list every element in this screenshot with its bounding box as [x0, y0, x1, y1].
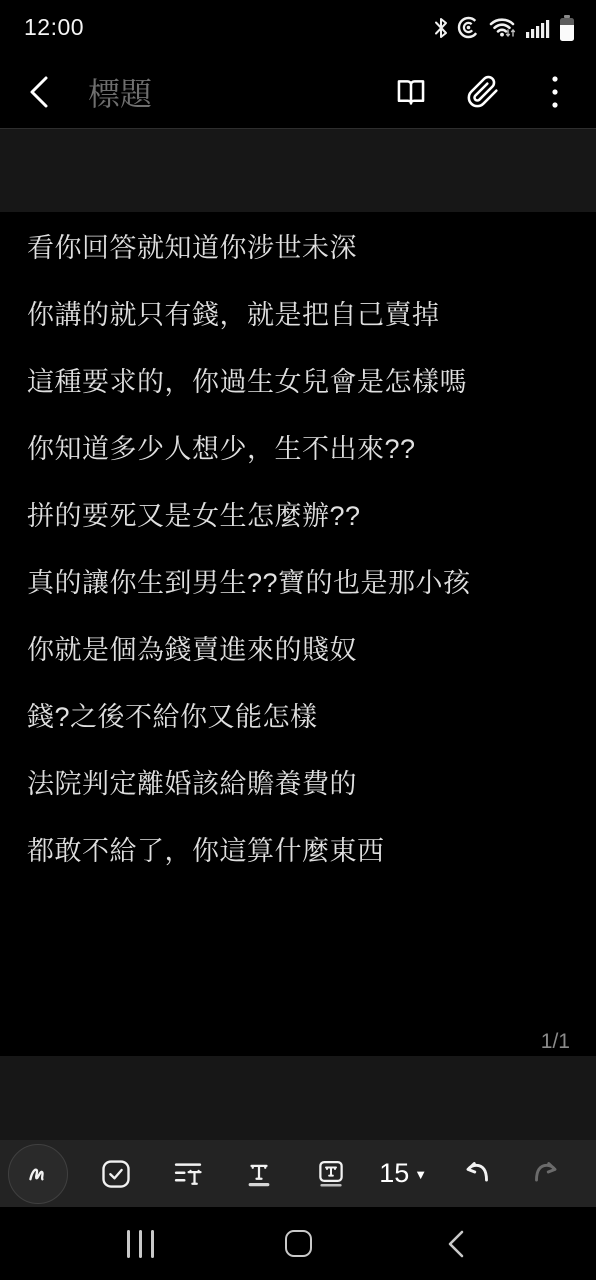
note-text-line[interactable]: 看你回答就知道你涉世未深 — [0, 212, 596, 279]
open-book-icon — [393, 75, 429, 109]
paperclip-icon — [466, 75, 500, 109]
note-title-field[interactable]: 標題 — [88, 69, 388, 115]
note-text-line[interactable]: 你講的就只有錢，就是把自己賣掉 — [0, 279, 596, 346]
clock: 12:00 — [24, 14, 84, 41]
workspace-margin-bottom — [0, 1056, 596, 1140]
reader-mode-button[interactable] — [388, 69, 434, 115]
caret-down-icon: ▼ — [414, 1167, 427, 1182]
note-text-line[interactable]: 拼的要死又是女生怎麼辦?? — [0, 480, 596, 547]
battery-icon — [558, 14, 576, 42]
undo-icon — [460, 1159, 492, 1189]
paragraph-style-icon — [172, 1159, 204, 1189]
home-button[interactable] — [268, 1214, 328, 1274]
note-text-line[interactable]: 你知道多少人想少，生不出來?? — [0, 413, 596, 480]
workspace-margin-top — [0, 128, 596, 212]
text-box-icon — [316, 1158, 346, 1190]
nav-back-button[interactable] — [426, 1214, 486, 1274]
back-button[interactable] — [26, 70, 66, 114]
text-underline-icon — [244, 1158, 274, 1190]
checkbox-icon — [101, 1159, 131, 1189]
note-text-line[interactable]: 真的讓你生到男生??寶的也是那小孩 — [0, 547, 596, 614]
note-text-line[interactable]: 都敢不給了，你這算什麼東西 — [0, 815, 596, 882]
checkbox-tool-button[interactable] — [93, 1148, 139, 1200]
home-icon — [285, 1230, 312, 1257]
handwriting-mode-button[interactable] — [8, 1144, 68, 1204]
font-size-value: 15 — [379, 1158, 409, 1189]
chevron-left-icon — [445, 1228, 467, 1260]
signal-icon — [525, 16, 551, 40]
wifi-icon — [488, 15, 518, 40]
note-text-line[interactable]: 法院判定離婚該給贍養費的 — [0, 748, 596, 815]
navigation-bar — [0, 1207, 596, 1280]
undo-button[interactable] — [453, 1148, 499, 1200]
paragraph-style-button[interactable] — [165, 1148, 211, 1200]
redo-icon — [531, 1159, 563, 1189]
status-icons — [433, 14, 576, 42]
note-page[interactable]: 看你回答就知道你涉世未深 你講的就只有錢，就是把自己賣掉 這種要求的，你過生女兒… — [0, 212, 596, 1056]
text-box-button[interactable] — [308, 1148, 354, 1200]
status-bar: 12:00 — [0, 0, 596, 55]
edit-toolbar: 15 ▼ — [0, 1140, 596, 1207]
phone-screen: 12:00 — [0, 0, 596, 1280]
hotspot-icon — [456, 15, 481, 40]
pen-scribble-icon — [24, 1160, 52, 1188]
kebab-menu-icon — [550, 73, 560, 111]
more-options-button[interactable] — [532, 69, 578, 115]
recents-button[interactable] — [110, 1214, 170, 1274]
attach-button[interactable] — [460, 69, 506, 115]
note-text-line[interactable]: 這種要求的，你過生女兒會是怎樣嗎 — [0, 346, 596, 413]
page-indicator: 1/1 — [541, 1030, 570, 1054]
redo-button[interactable] — [524, 1148, 570, 1200]
note-text-line[interactable]: 錢?之後不給你又能怎樣 — [0, 681, 596, 748]
font-size-button[interactable]: 15 ▼ — [379, 1148, 427, 1200]
text-style-button[interactable] — [236, 1148, 282, 1200]
note-text-line[interactable]: 你就是個為錢賣進來的賤奴 — [0, 614, 596, 681]
bluetooth-icon — [433, 16, 449, 40]
recents-icon — [127, 1230, 154, 1258]
app-bar: 標題 — [0, 55, 596, 128]
chevron-left-icon — [26, 72, 52, 112]
